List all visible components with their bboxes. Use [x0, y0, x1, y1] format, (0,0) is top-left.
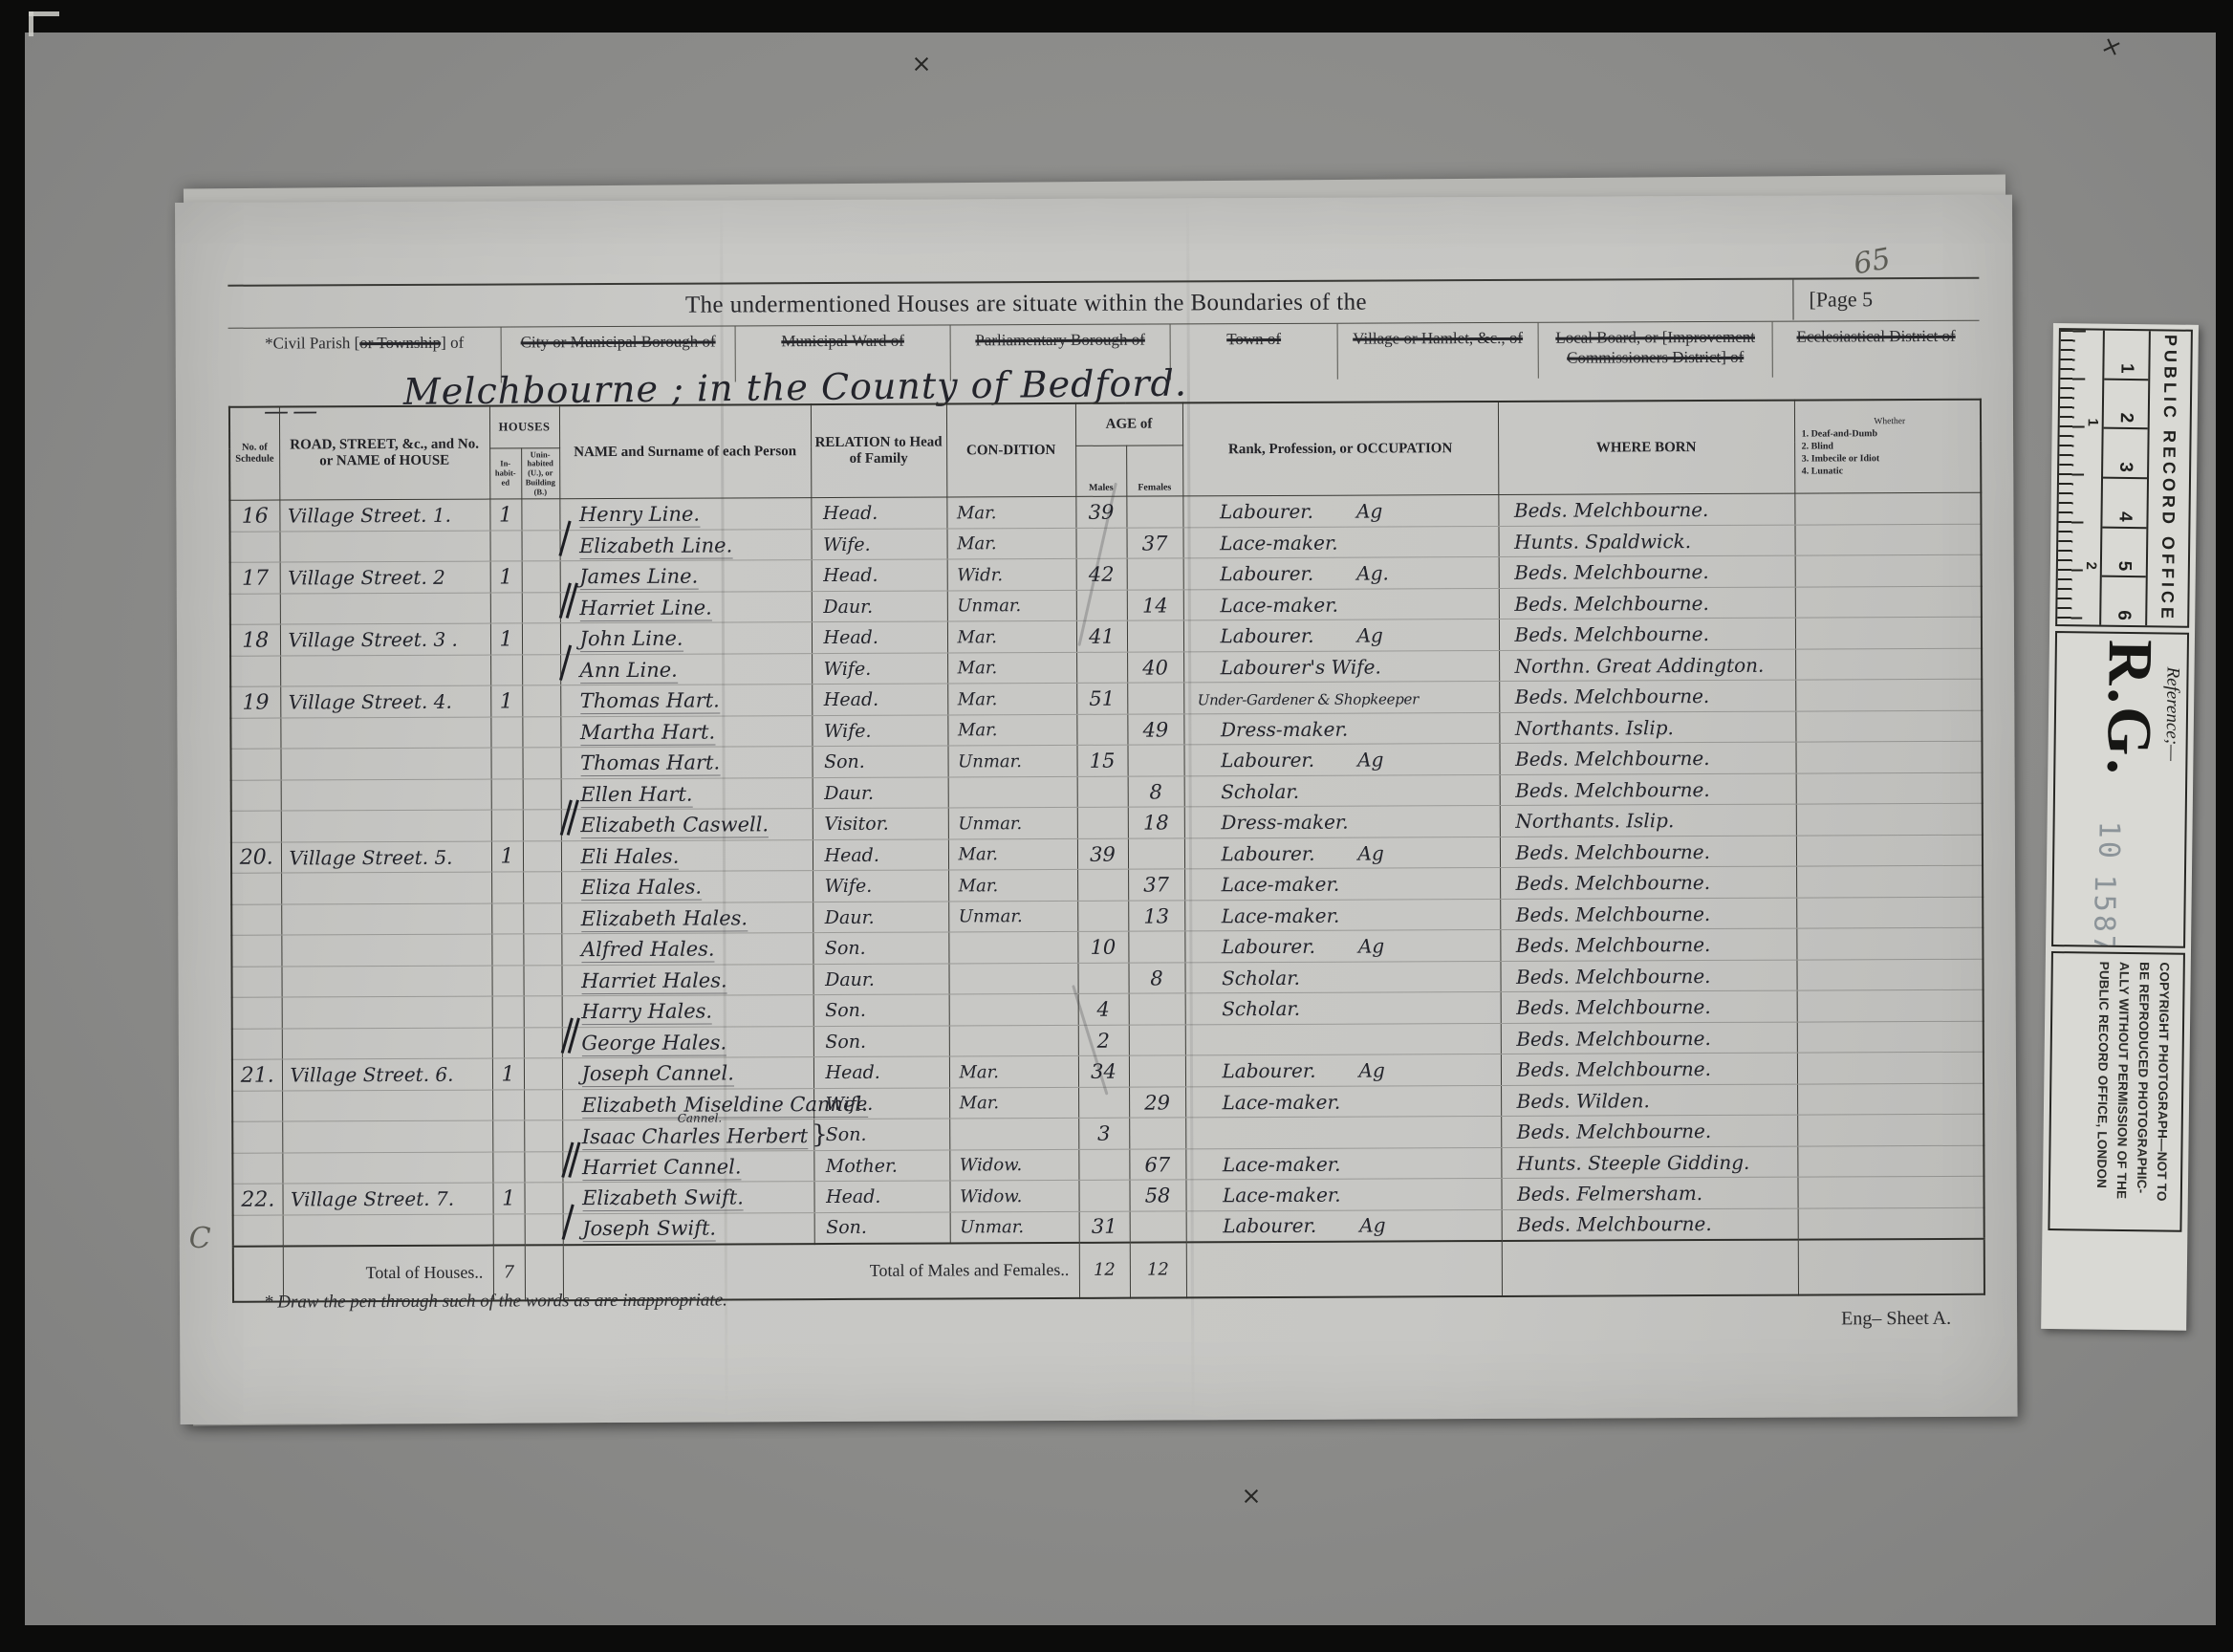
cell-schedule-number — [230, 532, 280, 563]
cell-condition: Mar. — [947, 652, 1076, 684]
cell-houses-inhabited — [491, 966, 523, 997]
cell-age-female — [1128, 931, 1184, 963]
cell-condition: Mar. — [947, 684, 1076, 715]
cell-age-female — [1128, 838, 1184, 870]
col-name: NAME and Surname of each Person — [559, 404, 811, 499]
occupation-text: Lace-maker. — [1220, 531, 1338, 554]
cell-age-female: 40 — [1127, 652, 1183, 684]
cell-houses-inhabited — [492, 996, 524, 1028]
cell-relation: Son. — [813, 1119, 949, 1150]
cell-condition: Mar. — [949, 1056, 1078, 1088]
cell-road-name — [281, 810, 491, 841]
cell-where-born: Beds. Melchbourne. — [1500, 928, 1796, 961]
occupation-text: Dress-maker. — [1221, 717, 1348, 741]
cell-occupation: Lace-maker. — [1184, 899, 1500, 931]
cell-person-name: Cannel.Isaac Charles Herbert} — [562, 1119, 813, 1152]
cell-schedule-number: 20. — [231, 842, 281, 874]
cell-houses-inhabited: 1 — [492, 1183, 524, 1214]
cell-age-male: 39 — [1075, 496, 1126, 528]
cell-relation: Daur. — [813, 902, 948, 933]
cell-relation: Son. — [813, 932, 948, 964]
ruler-inch-scale: 1 2 3 4 5 6 — [2099, 331, 2151, 626]
cell-disability — [1796, 897, 1983, 928]
occupation-ag-suffix: Ag. — [1356, 562, 1389, 585]
cell-age-female: 14 — [1127, 590, 1183, 621]
person-name-text: Isaac Charles Herbert — [582, 1124, 809, 1150]
occupation-text: Scholar. — [1222, 966, 1300, 989]
cell-houses-uninhabited — [524, 1152, 562, 1184]
cell-person-name: Ellen Hart. — [561, 777, 813, 810]
cell-where-born: Hunts. Steeple Gidding. — [1501, 1146, 1797, 1179]
cell-where-born: Beds. Felmersham. — [1501, 1177, 1797, 1209]
cell-where-born: Beds. Melchbourne. — [1499, 587, 1795, 619]
cell-road-name — [280, 531, 490, 562]
cell-occupation: Scholar. — [1184, 961, 1500, 993]
person-name-text: Martha Hart. — [580, 720, 715, 746]
occupation-text: Labourer. — [1220, 562, 1313, 585]
person-name-text: John Line. — [579, 627, 683, 652]
cell-age-female: 49 — [1127, 714, 1183, 746]
occupation-text: Scholar. — [1221, 779, 1299, 802]
cell-road-name — [281, 779, 491, 811]
cell-age-female — [1126, 496, 1182, 528]
cell-age-female — [1129, 1118, 1185, 1149]
cell-houses-uninhabited — [524, 1183, 562, 1214]
cell-houses-uninhabited — [522, 623, 560, 655]
cell-houses-inhabited — [490, 593, 522, 624]
cell-houses-uninhabited — [523, 810, 561, 841]
film-cross-mark — [2100, 35, 2122, 57]
cell-schedule-number: 21. — [232, 1059, 282, 1091]
cell-relation: Visitor. — [813, 808, 948, 839]
occupation-text: Lace-maker. — [1223, 1090, 1341, 1114]
copyright-line: BE REPRODUCED PHOTOGRAPHIC- — [2131, 962, 2154, 1224]
cell-road-name — [280, 748, 490, 779]
cell-road-name — [282, 1120, 492, 1152]
cell-occupation: Lace-maker. — [1185, 1179, 1501, 1211]
cell-houses-uninhabited — [523, 872, 561, 903]
cell-schedule-number: 19 — [230, 686, 280, 718]
cell-road-name — [281, 903, 491, 935]
person-name-text: Eli Hales. — [580, 844, 679, 869]
cell-houses-uninhabited — [523, 903, 561, 935]
cell-relation: Wife. — [811, 529, 946, 560]
cell-disability — [1797, 1177, 1984, 1208]
occupation-text: Lace-maker. — [1223, 1184, 1341, 1207]
person-name-text: Elizabeth Caswell. — [580, 813, 769, 838]
strip-reference-section: Reference;— R.G. 10 1587 — [2051, 631, 2189, 948]
cell-age-male — [1076, 714, 1127, 746]
cell-occupation: Scholar. — [1184, 774, 1500, 807]
cell-condition: Mar. — [946, 497, 1075, 529]
reference-stamp-piece: 1587 — [2087, 874, 2121, 947]
cell-where-born: Beds. Melchbourne. — [1501, 990, 1797, 1023]
cell-condition: Unmar. — [947, 590, 1076, 621]
cell-schedule-number — [230, 594, 280, 625]
cell-occupation: Labourer's Wife. — [1183, 650, 1499, 683]
cell-age-male: 42 — [1076, 558, 1127, 590]
cell-person-name: Harriet Cannel. — [562, 1150, 813, 1183]
cell-person-name: Eliza Hales. — [561, 871, 813, 903]
sheet-label: Eng– Sheet A. — [1841, 1308, 1951, 1331]
cell-condition: Unmar. — [950, 1211, 1079, 1243]
cell-road-name — [280, 593, 490, 624]
civil-parish-prefix: *Civil Parish [ — [265, 334, 359, 352]
cell-schedule-number — [232, 1153, 282, 1185]
cell-schedule-number — [231, 811, 281, 842]
cell-occupation: Dress-maker. — [1184, 806, 1500, 838]
occupation-text: Labourer. — [1222, 1059, 1315, 1082]
cell-person-name: Harry Hales. — [562, 995, 813, 1028]
cell-person-name: Joseph Cannel. — [562, 1057, 813, 1090]
cell-age-male: 31 — [1079, 1211, 1130, 1243]
cell-disability — [1795, 648, 1982, 680]
cell-age-male — [1076, 590, 1127, 621]
cell-age-male: 2 — [1078, 1025, 1129, 1056]
cell-where-born: Beds. Melchbourne. — [1501, 1115, 1797, 1147]
cell-age-female — [1130, 1211, 1186, 1243]
cell-houses-inhabited — [492, 1090, 524, 1121]
cell-relation: Son. — [813, 1026, 949, 1057]
cell-schedule-number: 17 — [230, 562, 280, 594]
person-name-text: Harry Hales. — [581, 1000, 712, 1026]
cell-road-name: Village Street. 2 — [280, 561, 490, 593]
cell-person-name: Eli Hales. — [561, 839, 813, 872]
cell-occupation: Scholar. — [1185, 992, 1501, 1025]
cell-houses-uninhabited — [524, 1058, 562, 1090]
cell-occupation: Lace-maker. — [1182, 526, 1498, 558]
cell-road-name: Village Street. 7. — [282, 1183, 492, 1214]
cell-schedule-number — [232, 1091, 282, 1122]
cell-age-female — [1127, 558, 1183, 590]
totals-disability-cell — [1798, 1239, 1984, 1295]
cell-occupation — [1185, 1117, 1501, 1149]
cell-person-name: Harriet Hales. — [561, 964, 813, 996]
occupation-text: Dress-maker. — [1221, 811, 1348, 835]
occupation-ag-suffix: Ag — [1358, 935, 1384, 958]
cell-age-female: 58 — [1129, 1180, 1185, 1211]
ruler-tick-scale: 1 2 — [2057, 330, 2103, 625]
cell-houses-inhabited — [492, 1152, 524, 1184]
cell-person-name: Elizabeth Line. — [559, 529, 811, 561]
cell-condition: Mar. — [947, 714, 1076, 746]
cell-age-male: 51 — [1076, 683, 1127, 714]
cell-person-name: Elizabeth Caswell. — [561, 809, 813, 841]
copyright-line: ALLY WITHOUT PERMISSION OF THE — [2111, 962, 2134, 1224]
cell-relation: Head. — [813, 839, 948, 871]
person-name-text: Elizabeth Swift. — [582, 1185, 744, 1211]
cell-person-name: Thomas Hart. — [560, 747, 812, 779]
occupation-text: Lace-maker. — [1220, 593, 1338, 617]
cell-schedule-number — [231, 780, 281, 812]
occupation-text: Labourer. — [1220, 624, 1313, 647]
cell-age-female: 37 — [1126, 528, 1182, 559]
cell-person-name: Thomas Hart. — [560, 685, 812, 717]
cell-houses-uninhabited — [522, 748, 560, 779]
cell-where-born: Northants. Islip. — [1499, 711, 1795, 744]
col-occupation: Rank, Profession, or OCCUPATION — [1182, 402, 1498, 496]
field-village-hamlet: Village or Hamlet, &c., of — [1337, 323, 1538, 380]
cell-person-name: Joseph Swift. — [563, 1212, 814, 1245]
census-page: The undermentioned Houses are situate wi… — [175, 195, 2018, 1424]
cell-condition: Mar. — [947, 621, 1076, 653]
cell-age-female: 8 — [1128, 776, 1184, 808]
cell-relation: Head. — [813, 1181, 949, 1212]
cell-schedule-number: 18 — [230, 624, 280, 656]
film-cross-mark — [1243, 1488, 1260, 1505]
cell-age-male — [1077, 776, 1128, 808]
cell-houses-uninhabited — [523, 934, 561, 966]
cell-age-male: 10 — [1077, 931, 1128, 963]
cell-road-name — [281, 966, 491, 997]
col-houses: HOUSES — [489, 405, 559, 447]
cell-occupation: Labourer.Ag — [1183, 744, 1499, 776]
film-edge-left — [0, 0, 25, 1652]
cell-relation: Head. — [813, 1056, 949, 1088]
cell-houses-uninhabited — [523, 966, 561, 997]
cell-houses-uninhabited — [525, 1214, 563, 1246]
cell-where-born: Beds. Melchbourne. — [1500, 773, 1796, 806]
occupation-ag-suffix: Ag — [1357, 841, 1383, 864]
occupation-text: Lace-maker. — [1223, 1152, 1341, 1176]
cell-condition: Unmar. — [947, 746, 1076, 777]
cell-relation: Mother. — [813, 1150, 949, 1182]
cell-houses-uninhabited — [521, 531, 559, 562]
cell-where-born: Beds. Melchbourne. — [1499, 680, 1795, 712]
film-edge-right — [2216, 0, 2233, 1652]
cell-road-name — [280, 717, 490, 749]
cell-schedule-number — [232, 1121, 282, 1153]
cell-houses-uninhabited — [524, 1090, 562, 1121]
cell-where-born: Beds. Melchbourne. — [1501, 1022, 1797, 1054]
cell-where-born: Beds. Melchbourne. — [1500, 836, 1796, 868]
cell-houses-inhabited — [491, 810, 523, 841]
cell-occupation: Labourer.Ag — [1182, 495, 1498, 528]
cell-road-name — [282, 1028, 492, 1059]
occupation-text: Labourer's Wife. — [1221, 655, 1381, 679]
cell-person-name: Martha Hart. — [560, 715, 812, 748]
person-name-text: Henry Line. — [579, 503, 700, 529]
cell-relation: Daur. — [813, 777, 948, 809]
person-name-text: Elizabeth Hales. — [581, 906, 748, 932]
cell-disability — [1794, 524, 1981, 555]
person-name-text: Elizabeth Line. — [579, 533, 732, 559]
cell-condition: Mar. — [948, 870, 1077, 902]
totals-occupation-cell — [1186, 1241, 1502, 1297]
cell-age-female — [1127, 620, 1183, 652]
cell-houses-inhabited — [492, 1028, 524, 1059]
cell-disability — [1797, 1083, 1984, 1115]
microfilm-scan: The undermentioned Houses are situate wi… — [0, 0, 2233, 1652]
cell-road-name — [281, 934, 491, 966]
cell-age-female — [1129, 993, 1185, 1025]
cell-age-female — [1127, 745, 1183, 776]
cell-houses-inhabited — [491, 903, 523, 935]
occupation-text: Labourer. — [1221, 841, 1314, 864]
cell-houses-inhabited: 1 — [490, 623, 522, 655]
col-age-males: Males — [1075, 446, 1126, 497]
cell-occupation: Lace-maker. — [1185, 1085, 1501, 1118]
cell-houses-inhabited: 1 — [489, 499, 521, 531]
pencil-folio-number: 65 — [1851, 242, 1893, 281]
cell-age-male — [1075, 528, 1126, 559]
cell-relation: Head. — [812, 684, 947, 715]
cell-houses-uninhabited — [522, 561, 560, 593]
cell-houses-inhabited — [490, 655, 522, 686]
cell-where-born: Northants. Islip. — [1500, 804, 1796, 837]
cell-houses-uninhabited — [524, 1120, 562, 1152]
person-name-text: Joseph Swift. — [582, 1217, 716, 1243]
cell-occupation: Labourer.Ag — [1186, 1209, 1502, 1242]
cell-person-name: Henry Line. — [559, 498, 811, 531]
cell-age-female: 13 — [1128, 901, 1184, 932]
totals-born-cell — [1502, 1239, 1798, 1295]
cell-condition: Mar. — [949, 1087, 1078, 1119]
occupation-ag-suffix: Ag — [1357, 749, 1383, 772]
occupation-text: Lace-maker. — [1222, 873, 1340, 897]
col-disability: Whether 1. Deaf-and-Dumb 2. Blind 3. Imb… — [1794, 400, 1981, 494]
civil-parish-suffix: ] of — [441, 334, 464, 352]
cell-road-name: Village Street. 1. — [279, 499, 489, 531]
cell-person-name: George Hales. — [562, 1026, 813, 1058]
cell-road-name: Village Street. 5. — [281, 841, 491, 873]
cell-condition — [949, 994, 1078, 1026]
cell-age-male — [1077, 807, 1128, 838]
cell-condition — [948, 932, 1077, 964]
name-annotation: Cannel. — [678, 1112, 723, 1125]
cell-age-male: 3 — [1078, 1118, 1129, 1149]
cell-age-male: 39 — [1077, 838, 1128, 870]
cell-where-born: Beds. Wilden. — [1501, 1084, 1797, 1117]
margin-pencil-mark: C — [189, 1222, 211, 1255]
cell-occupation: Labourer.Ag — [1184, 837, 1500, 869]
cell-age-male — [1076, 652, 1127, 684]
cell-occupation: Dress-maker. — [1183, 712, 1499, 745]
occupation-text: Labourer. — [1221, 749, 1314, 772]
person-name-text: Eliza Hales. — [581, 876, 703, 902]
cell-where-born: Beds. Melchbourne. — [1500, 898, 1796, 930]
cell-person-name: Alfred Hales. — [561, 933, 813, 966]
cell-person-name: Ann Line. — [560, 653, 812, 685]
form-footnote: * Draw the pen through such of the words… — [264, 1290, 727, 1313]
cell-age-male — [1078, 1180, 1129, 1211]
cell-disability — [1795, 710, 1982, 742]
cell-schedule-number — [232, 1029, 282, 1060]
cell-houses-inhabited — [491, 779, 523, 811]
cell-where-born: Hunts. Spaldwick. — [1498, 525, 1794, 557]
cell-age-male — [1077, 869, 1128, 901]
cell-occupation: Labourer.Ag — [1185, 1054, 1501, 1087]
cell-disability — [1795, 618, 1982, 649]
cell-road-name: Village Street. 3 . — [280, 623, 490, 655]
cell-age-male: 4 — [1078, 993, 1129, 1025]
cell-age-male: 15 — [1076, 745, 1127, 776]
ruler-large-ticks — [2057, 330, 2086, 624]
cell-disability — [1797, 990, 1984, 1022]
cell-condition — [949, 1119, 1078, 1150]
cell-houses-inhabited: 1 — [490, 561, 522, 593]
cell-houses-inhabited — [492, 1120, 524, 1152]
film-cross-mark — [913, 55, 930, 73]
col-where-born: WHERE BORN — [1498, 401, 1794, 495]
cell-houses-inhabited: 1 — [490, 685, 522, 717]
occupation-text: Labourer. — [1220, 500, 1313, 523]
col-inhabited: In-habit-ed — [489, 447, 521, 499]
person-name-text: James Line. — [579, 565, 698, 591]
cell-disability — [1795, 586, 1982, 618]
col-condition: CON-DITION — [946, 403, 1075, 497]
person-name-text: Harriet Hales. — [581, 968, 727, 994]
cell-relation: Head. — [811, 497, 946, 529]
cell-houses-inhabited: 1 — [491, 841, 523, 873]
record-group-label: R.G. — [2092, 640, 2166, 778]
census-table: No. of Schedule ROAD, STREET, &c., and N… — [228, 399, 1985, 1303]
cell-disability — [1794, 493, 1981, 525]
copyright-line: COPYRIGHT PHOTOGRAPH—NOT TO — [2151, 962, 2174, 1224]
cell-disability — [1795, 555, 1982, 587]
cell-condition — [948, 963, 1077, 994]
person-name-text: Alfred Hales. — [581, 938, 715, 964]
col-age: AGE of — [1075, 402, 1182, 445]
cell-road-name: Village Street. 6. — [282, 1058, 492, 1090]
cell-schedule-number — [232, 997, 282, 1029]
cell-age-female — [1127, 683, 1183, 714]
cell-road-name — [282, 1152, 492, 1184]
cell-occupation: Under-Gardener & Shopkeeper — [1183, 682, 1499, 714]
occupation-text: Scholar. — [1222, 997, 1300, 1020]
col-road: ROAD, STREET, &c., and No. or NAME of HO… — [279, 406, 489, 501]
occupation-ag-suffix: Ag — [1356, 624, 1382, 647]
cell-schedule-number — [231, 904, 281, 936]
cell-disability — [1797, 1145, 1984, 1177]
cell-person-name: Harriet Line. — [560, 591, 812, 623]
strip-copyright-section: COPYRIGHT PHOTOGRAPH—NOT TO BE REPRODUCE… — [2048, 951, 2185, 1232]
page-title: The undermentioned Houses are situate wi… — [433, 288, 1618, 319]
cell-disability — [1796, 866, 1983, 898]
cell-houses-uninhabited — [521, 499, 559, 531]
cell-houses-uninhabited — [522, 655, 560, 686]
person-name-text: Ellen Hart. — [580, 782, 693, 808]
cell-houses-inhabited — [490, 717, 522, 749]
strip-ruler-section: PUBLIC RECORD OFFICE 1 2 3 4 5 6 1 2 — [2055, 328, 2193, 628]
cell-condition: Widow. — [949, 1149, 1078, 1181]
pro-name-label: PUBLIC RECORD OFFICE — [2147, 331, 2191, 625]
cell-relation: Head. — [812, 559, 947, 591]
cell-condition: Mar. — [946, 528, 1075, 559]
person-name-text: Thomas Hart. — [580, 751, 720, 777]
cell-age-male: 34 — [1078, 1055, 1129, 1087]
cell-age-male — [1078, 1087, 1129, 1119]
cell-occupation — [1185, 1023, 1501, 1055]
cell-schedule-number: 16 — [229, 500, 279, 532]
occupation-text: Labourer. — [1223, 1214, 1316, 1237]
cell-age-female: 8 — [1128, 963, 1184, 994]
reference-stamp-series: 10 — [2092, 821, 2126, 862]
cell-condition — [949, 1025, 1078, 1056]
name-brace: } — [812, 1120, 828, 1149]
cell-relation: Son. — [812, 746, 947, 777]
occupation-text: Lace-maker. — [1222, 903, 1340, 927]
cell-age-male — [1077, 963, 1128, 994]
cell-relation: Daur. — [813, 964, 948, 995]
total-females-value: 12 — [1130, 1242, 1186, 1297]
cell-disability — [1797, 1021, 1984, 1053]
cell-houses-uninhabited — [523, 779, 561, 811]
cell-condition: Mar. — [948, 838, 1077, 870]
cell-road-name — [281, 872, 491, 903]
cell-where-born: Beds. Melchbourne. — [1498, 493, 1794, 526]
pro-reference-strip: PUBLIC RECORD OFFICE 1 2 3 4 5 6 1 2 — [2041, 323, 2199, 1331]
